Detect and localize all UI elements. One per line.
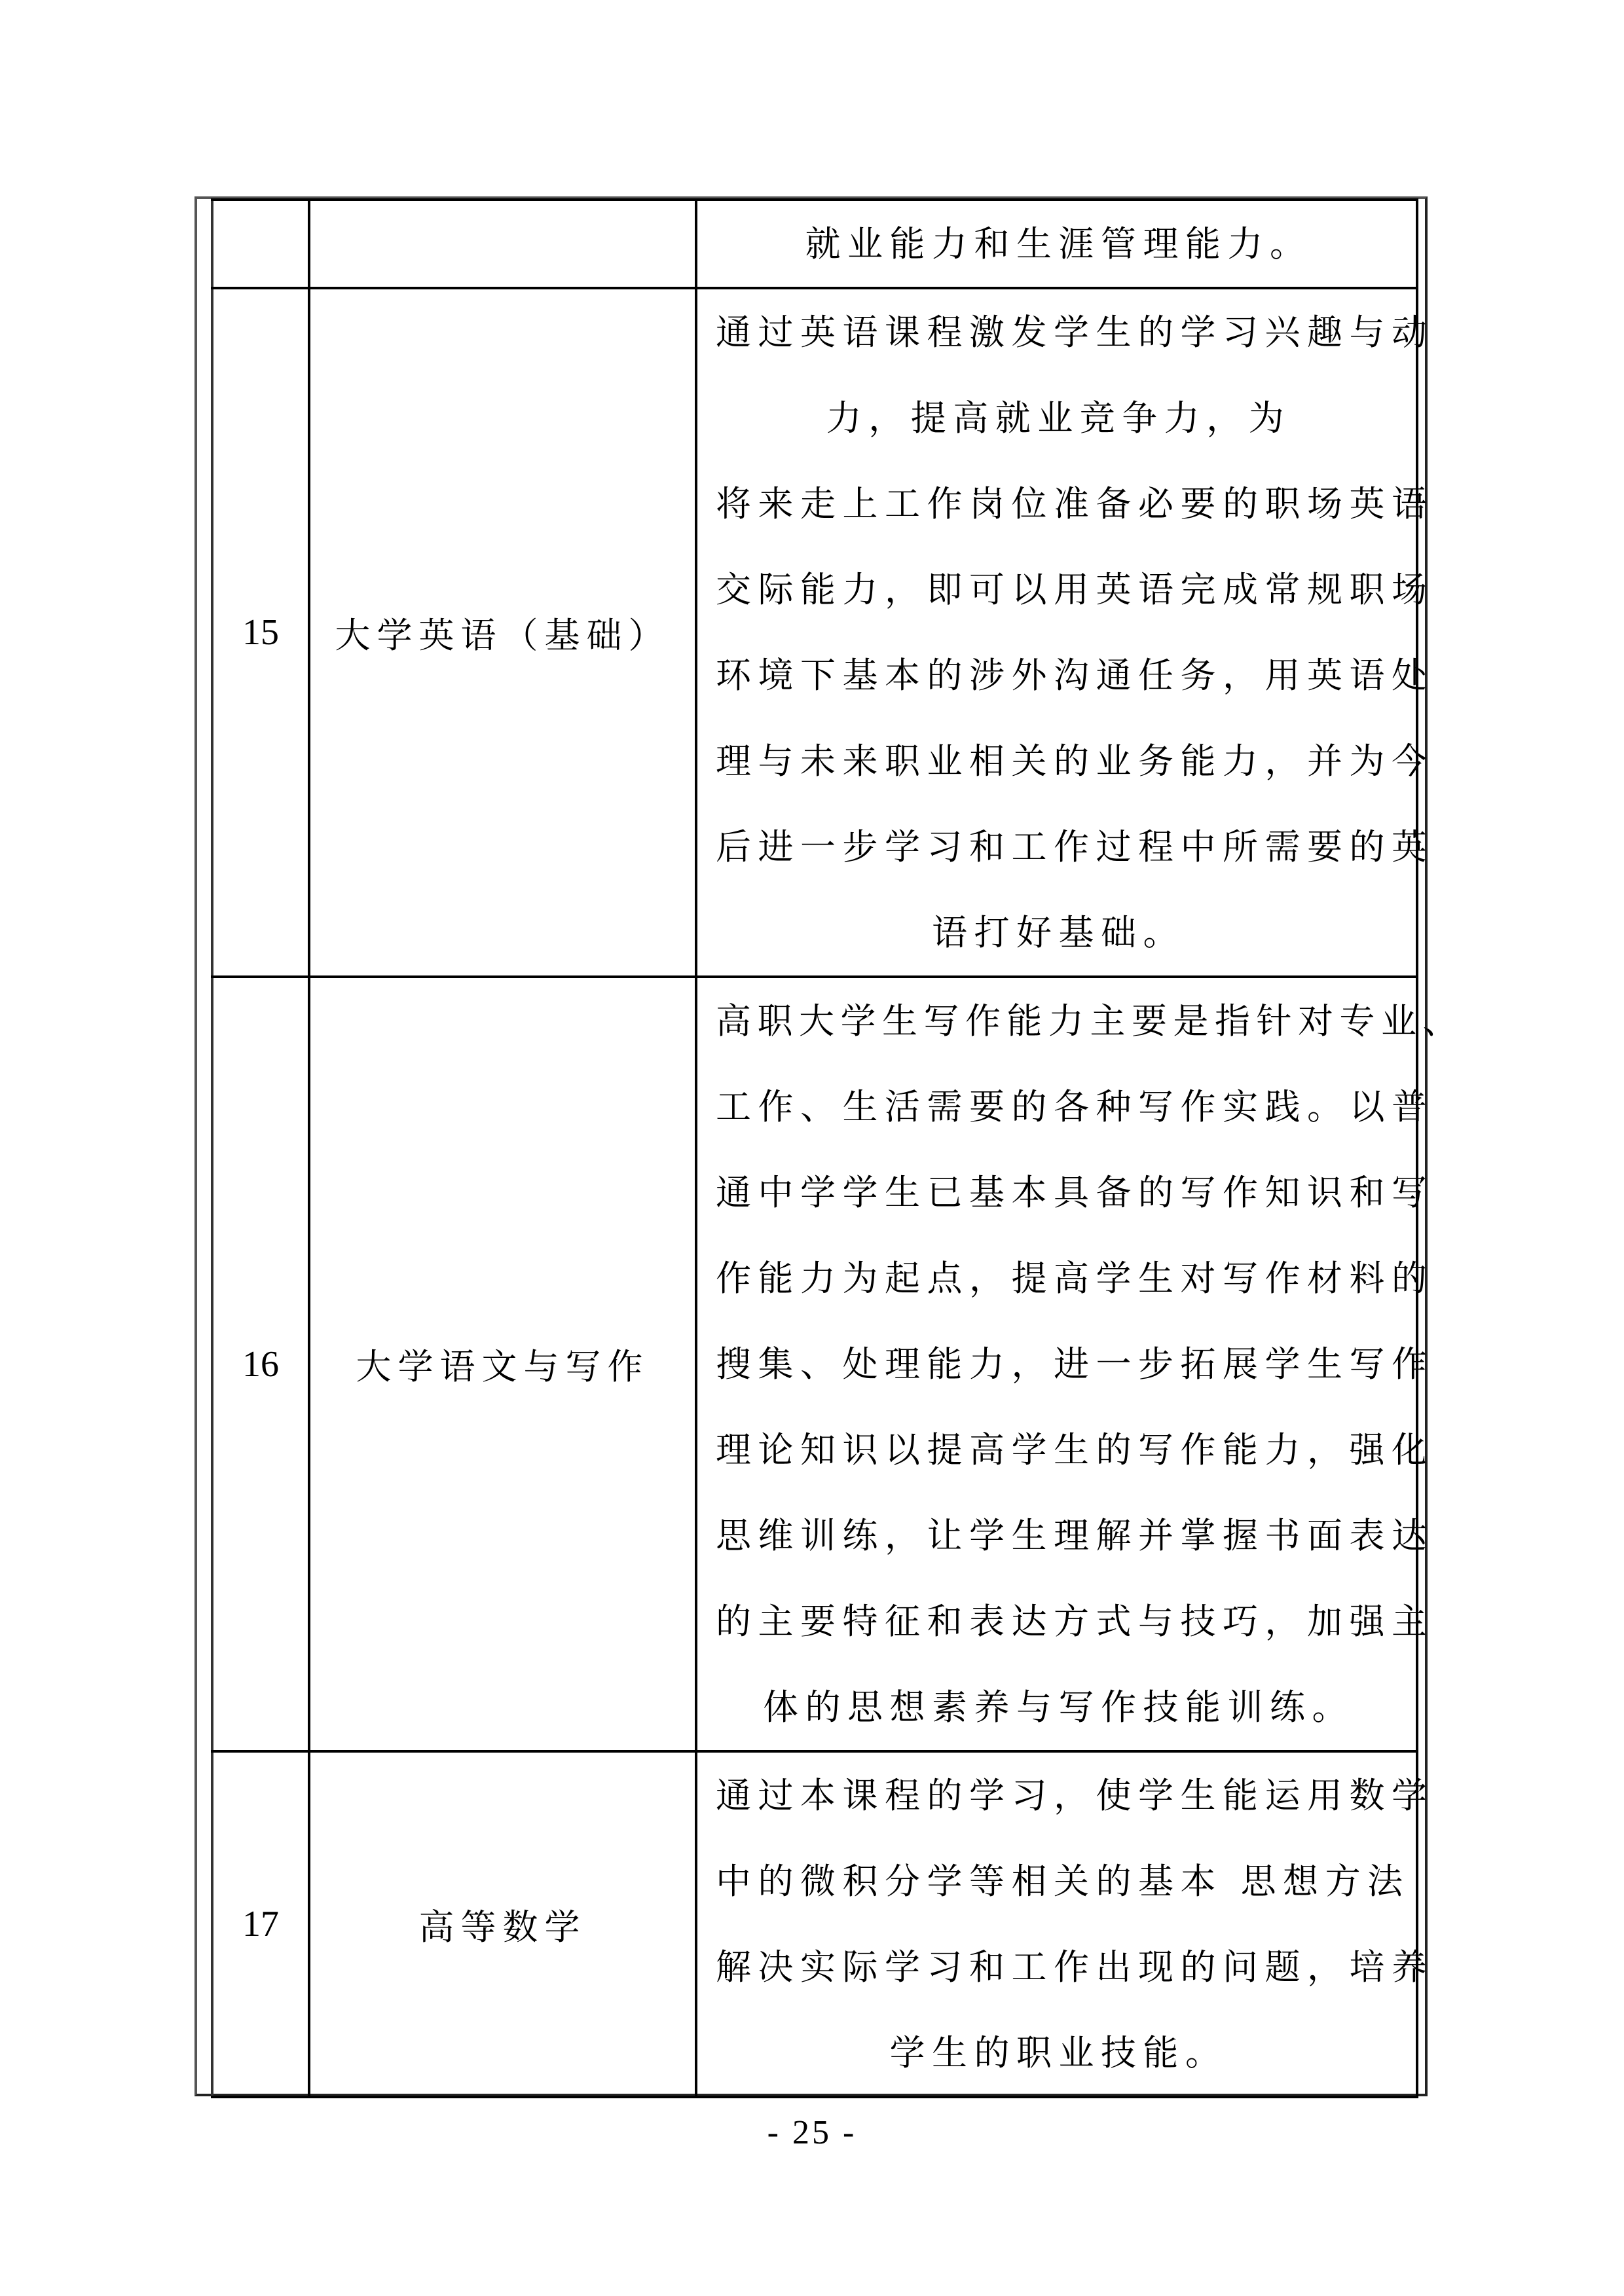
description-line: 理论知识以提高学生的写作能力，强化 bbox=[716, 1407, 1401, 1493]
description-line: 的主要特征和表达方式与技巧，加强主 bbox=[716, 1578, 1401, 1664]
description-line: 语打好基础。 bbox=[716, 890, 1401, 975]
table-row: 15大学英语（基础）通过英语课程激发学生的学习兴趣与动力，提高就业竞争力，为将来… bbox=[212, 288, 1417, 977]
description-line: 工作、生活需要的各种写作实践。以普 bbox=[716, 1064, 1401, 1150]
description-line: 理与未来职业相关的业务能力，并为今 bbox=[716, 718, 1401, 804]
description-line: 学生的职业技能。 bbox=[716, 2010, 1401, 2096]
row-index-cell: 16 bbox=[212, 977, 309, 1751]
description-line: 后进一步学习和工作过程中所需要的英 bbox=[716, 804, 1401, 890]
row-index-cell bbox=[212, 200, 309, 288]
course-name: 高等数学 bbox=[419, 1906, 587, 1948]
description-line: 思维训练，让学生理解并掌握书面表达 bbox=[716, 1493, 1401, 1578]
course-description-cell: 就业能力和生涯管理能力。 bbox=[696, 200, 1417, 288]
description-line: 通过英语课程激发学生的学习兴趣与动 bbox=[716, 289, 1401, 375]
description-line: 中的微积分学等相关的基本 思想方法 bbox=[716, 1838, 1401, 1924]
table-row: 就业能力和生涯管理能力。 bbox=[212, 200, 1417, 288]
course-table: 就业能力和生涯管理能力。15大学英语（基础）通过英语课程激发学生的学习兴趣与动力… bbox=[211, 198, 1418, 2098]
course-name: 大学语文与写作 bbox=[356, 1346, 650, 1387]
course-name-cell: 大学语文与写作 bbox=[309, 977, 696, 1751]
description-line: 通中学学生已基本具备的写作知识和写 bbox=[716, 1150, 1401, 1235]
description-line: 体的思想素养与写作技能训练。 bbox=[716, 1664, 1401, 1750]
course-name-cell: 大学英语（基础） bbox=[309, 288, 696, 977]
course-description-cell: 通过英语课程激发学生的学习兴趣与动力，提高就业竞争力，为将来走上工作岗位准备必要… bbox=[696, 288, 1417, 977]
row-index: 15 bbox=[242, 612, 279, 653]
row-index-cell: 17 bbox=[212, 1751, 309, 2097]
course-name: 大学英语（基础） bbox=[335, 615, 671, 656]
row-index: 16 bbox=[242, 1344, 279, 1385]
page-number: - 25 - bbox=[0, 2113, 1624, 2152]
description-line: 环境下基本的涉外沟通任务，用英语处 bbox=[716, 632, 1401, 718]
description-line: 作能力为起点，提高学生对写作材料的 bbox=[716, 1235, 1401, 1321]
course-name-cell: 高等数学 bbox=[309, 1751, 696, 2097]
description-line: 解决实际学习和工作出现的问题，培养 bbox=[716, 1924, 1401, 2010]
table-row: 17高等数学通过本课程的学习，使学生能运用数学中的微积分学等相关的基本 思想方法… bbox=[212, 1751, 1417, 2097]
description-line: 就业能力和生涯管理能力。 bbox=[716, 201, 1401, 287]
description-line: 通过本课程的学习，使学生能运用数学 bbox=[716, 1753, 1401, 1838]
description-line: 交际能力，即可以用英语完成常规职场 bbox=[716, 547, 1401, 632]
description-line: 搜集、处理能力，进一步拓展学生写作 bbox=[716, 1321, 1401, 1407]
course-description-cell: 通过本课程的学习，使学生能运用数学中的微积分学等相关的基本 思想方法解决实际学习… bbox=[696, 1751, 1417, 2097]
course-name-cell bbox=[309, 200, 696, 288]
description-line: 将来走上工作岗位准备必要的职场英语 bbox=[716, 461, 1401, 547]
table-row: 16大学语文与写作高职大学生写作能力主要是指针对专业、工作、生活需要的各种写作实… bbox=[212, 977, 1417, 1751]
row-index-cell: 15 bbox=[212, 288, 309, 977]
course-description-cell: 高职大学生写作能力主要是指针对专业、工作、生活需要的各种写作实践。以普通中学学生… bbox=[696, 977, 1417, 1751]
description-line: 高职大学生写作能力主要是指针对专业、 bbox=[716, 978, 1401, 1064]
row-index: 17 bbox=[242, 1904, 279, 1944]
description-line: 力，提高就业竞争力，为 bbox=[716, 375, 1401, 461]
